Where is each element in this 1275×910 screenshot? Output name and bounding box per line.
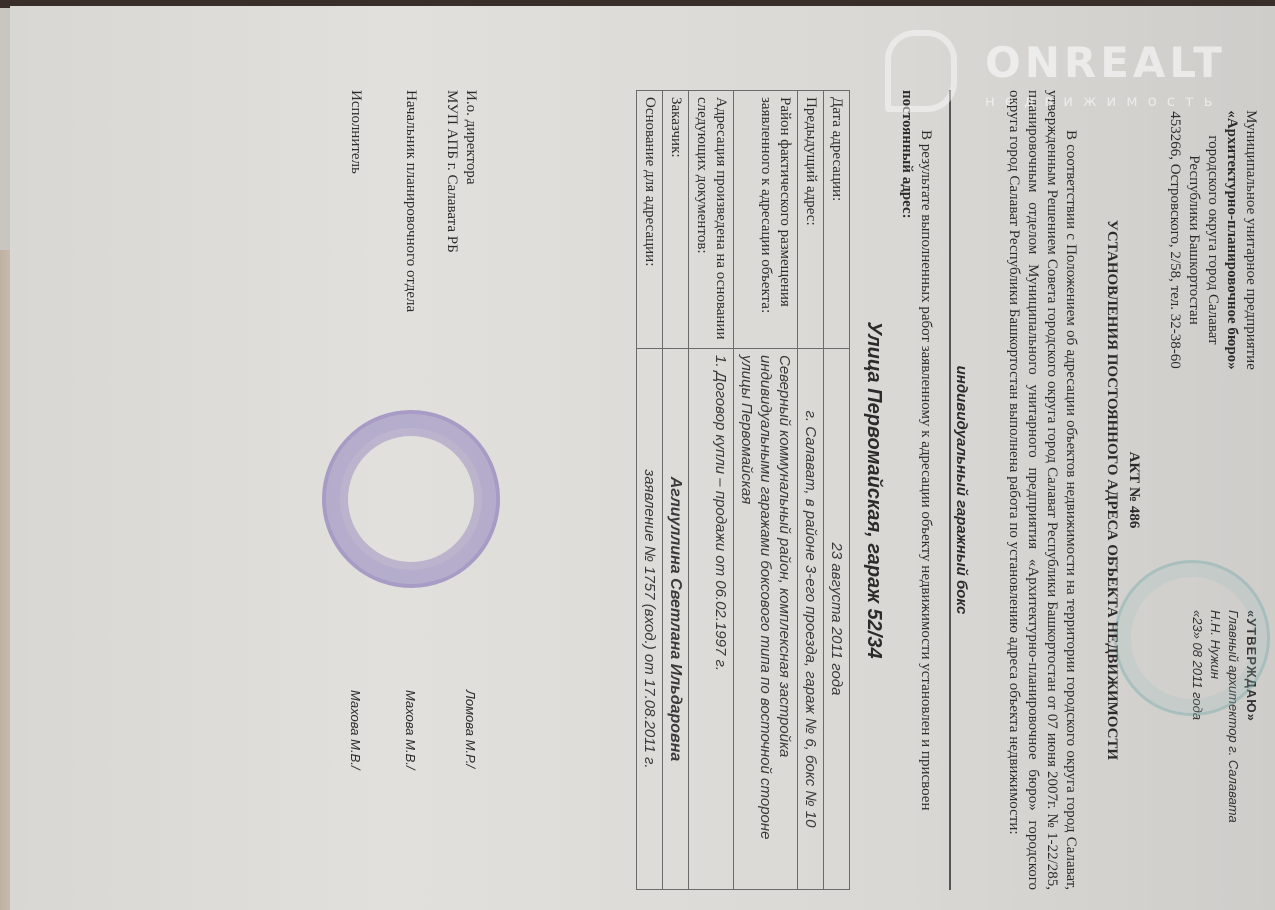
table-row: Район фактического размещения заявленног… <box>734 91 798 890</box>
row-label: Адресация произведена на основании следу… <box>689 91 734 349</box>
row-label: Основание для адресации: <box>637 91 663 349</box>
watermark-brand: ONREALT <box>985 38 1226 87</box>
intro-paragraph: В соответствии с Положением об адресации… <box>1004 90 1080 890</box>
watermark-subtitle: недвижимость <box>985 92 1223 110</box>
result-paragraph: В результате выполненных работ заявленно… <box>897 90 935 890</box>
table-row: Основание для адресации: заявление № 175… <box>637 91 663 890</box>
row-value: Аглиуллина Светлана Ильдаровна <box>663 349 689 890</box>
table-row: Заказчик: Аглиуллина Светлана Ильдаровна <box>663 91 689 890</box>
table-row: Предыдущий адрес: г. Салават, в районе 3… <box>798 91 824 890</box>
org-line: городского округа город Салават <box>1203 90 1222 390</box>
row-label: Заказчик: <box>663 91 689 349</box>
row-label: Район фактического размещения заявленног… <box>734 91 798 349</box>
address-info-table: Дата адресации: 23 августа 2011 года Пре… <box>636 90 850 890</box>
signature-name: Махова М.В./ <box>346 690 365 769</box>
house-pin-icon <box>885 30 957 112</box>
org-line: Муниципальное унитарное предприятие <box>1241 90 1260 390</box>
org-line: Республики Башкортостан <box>1184 90 1203 390</box>
row-value: 23 августа 2011 года <box>824 349 850 890</box>
official-stamp-icon <box>322 410 500 588</box>
act-number: АКТ № 486 <box>1123 90 1145 890</box>
row-label: Предыдущий адрес: <box>798 91 824 349</box>
row-value: 1. Договор купли – продажи от 06.02.1997… <box>689 349 734 890</box>
signature-name: Ломова М.Р./ <box>461 690 480 768</box>
row-label: Дата адресации: <box>824 91 850 349</box>
rotated-document-page: Муниципальное унитарное предприятие «Арх… <box>110 90 1270 890</box>
watermark: ONREALT недвижимость <box>885 30 1265 110</box>
object-type: индивидуальный гаражный бокс <box>949 90 970 890</box>
org-name: «Архитектурно-планировочное бюро» <box>1222 90 1241 390</box>
table-row: Адресация произведена на основании следу… <box>689 91 734 890</box>
result-text: В результате выполненных работ заявленно… <box>918 130 934 811</box>
organization-header: Муниципальное унитарное предприятие «Арх… <box>1165 90 1260 390</box>
act-title: УСТАНОВЛЕНИЯ ПОСТОЯННОГО АДРЕСА ОБЪЕКТА … <box>1101 90 1123 890</box>
table-row: Дата адресации: 23 августа 2011 года <box>824 91 850 890</box>
row-value: Северный коммунальный район, комплексная… <box>734 349 798 890</box>
act-heading: АКТ № 486 УСТАНОВЛЕНИЯ ПОСТОЯННОГО АДРЕС… <box>1101 90 1145 890</box>
signature-name: Махова М.В./ <box>401 690 420 769</box>
row-value: г. Салават, в районе 3-его проезда, гара… <box>798 349 824 890</box>
row-value: заявление № 1757 (вход.) от 17.08.2011 г… <box>637 349 663 890</box>
new-address: Улица Первомайская, гараж 52/34 <box>862 90 885 890</box>
org-address: 453266, Островского, 2/58, тел. 32-38-60 <box>1165 90 1184 390</box>
